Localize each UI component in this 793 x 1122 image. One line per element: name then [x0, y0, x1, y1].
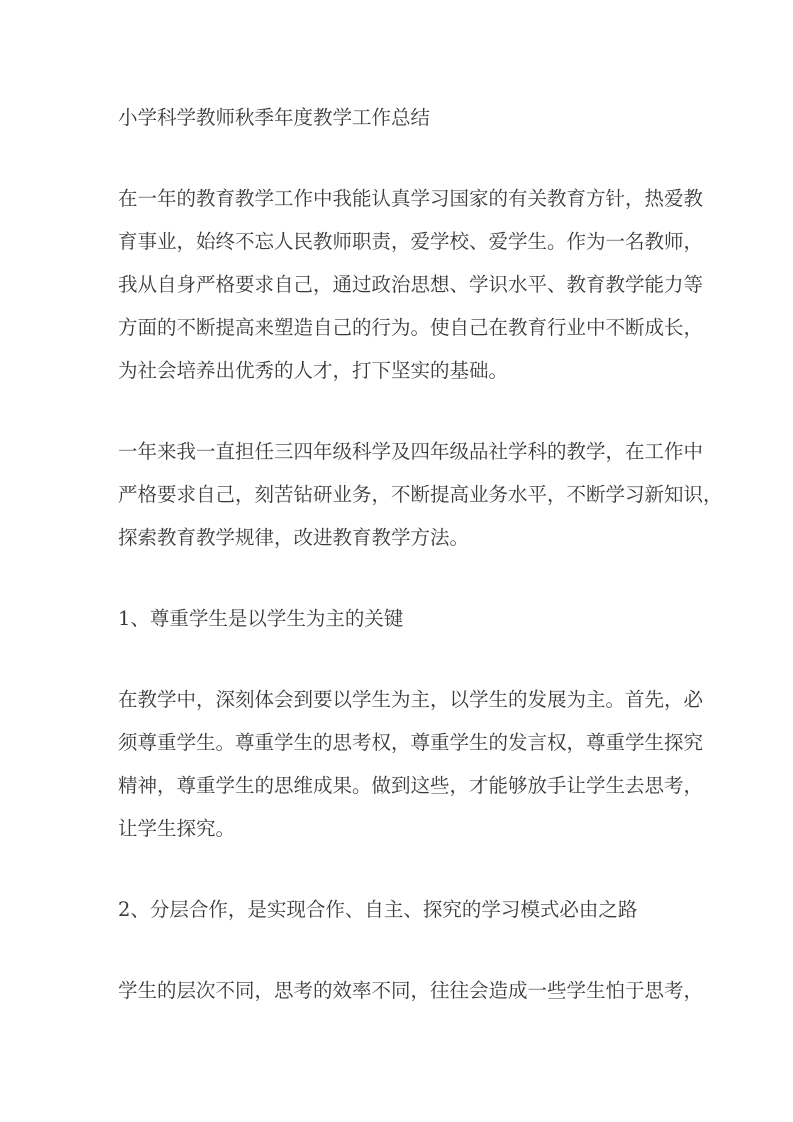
paragraph: 在教学中，深刻体会到要以学生为主，以学生的发展为主。首先，必须尊重学生。尊重学生… — [118, 678, 676, 850]
text-line: 让学生探究。 — [118, 807, 676, 850]
text-line: 为社会培养出优秀的人才，打下坚实的基础。 — [118, 349, 676, 392]
text-line: 育事业，始终不忘人民教师职责，爱学校、爱学生。作为一名教师， — [118, 220, 676, 263]
text-line: 探索教育教学规律，改进教育教学方法。 — [118, 516, 676, 559]
document-page: 小学科学教师秋季年度教学工作总结在一年的教育教学工作中我能认真学习国家的有关教育… — [0, 0, 793, 1122]
text-line: 在一年的教育教学工作中我能认真学习国家的有关教育方针，热爱教 — [118, 177, 676, 220]
text-line: 一年来我一直担任三四年级科学及四年级品社学科的教学，在工作中 — [118, 430, 676, 473]
text-line: 小学科学教师秋季年度教学工作总结 — [118, 96, 676, 139]
text-line: 方面的不断提高来塑造自己的行为。使自己在教育行业中不断成长， — [118, 306, 676, 349]
text-line: 学生的层次不同，思考的效率不同，往往会造成一些学生怕于思考， — [118, 969, 676, 1012]
paragraph: 在一年的教育教学工作中我能认真学习国家的有关教育方针，热爱教育事业，始终不忘人民… — [118, 177, 676, 392]
text-line: 在教学中，深刻体会到要以学生为主，以学生的发展为主。首先，必 — [118, 678, 676, 721]
document-title: 小学科学教师秋季年度教学工作总结 — [118, 96, 676, 139]
paragraph: 学生的层次不同，思考的效率不同，往往会造成一些学生怕于思考， — [118, 969, 676, 1012]
text-line: 须尊重学生。尊重学生的思考权，尊重学生的发言权，尊重学生探究 — [118, 721, 676, 764]
text-line: 严格要求自己，刻苦钻研业务，不断提高业务水平，不断学习新知识， — [118, 473, 676, 516]
text-line: 我从自身严格要求自己，通过政治思想、学识水平、教育教学能力等 — [118, 263, 676, 306]
section-heading: 1、尊重学生是以学生为主的关键 — [118, 597, 676, 640]
text-line: 1、尊重学生是以学生为主的关键 — [118, 597, 676, 640]
text-line: 2、分层合作，是实现合作、自主、探究的学习模式必由之路 — [118, 888, 676, 931]
paragraph: 一年来我一直担任三四年级科学及四年级品社学科的教学，在工作中严格要求自己，刻苦钻… — [118, 430, 676, 559]
section-heading: 2、分层合作，是实现合作、自主、探究的学习模式必由之路 — [118, 888, 676, 931]
document-content: 小学科学教师秋季年度教学工作总结在一年的教育教学工作中我能认真学习国家的有关教育… — [118, 96, 676, 1012]
text-line: 精神，尊重学生的思维成果。做到这些，才能够放手让学生去思考， — [118, 764, 676, 807]
